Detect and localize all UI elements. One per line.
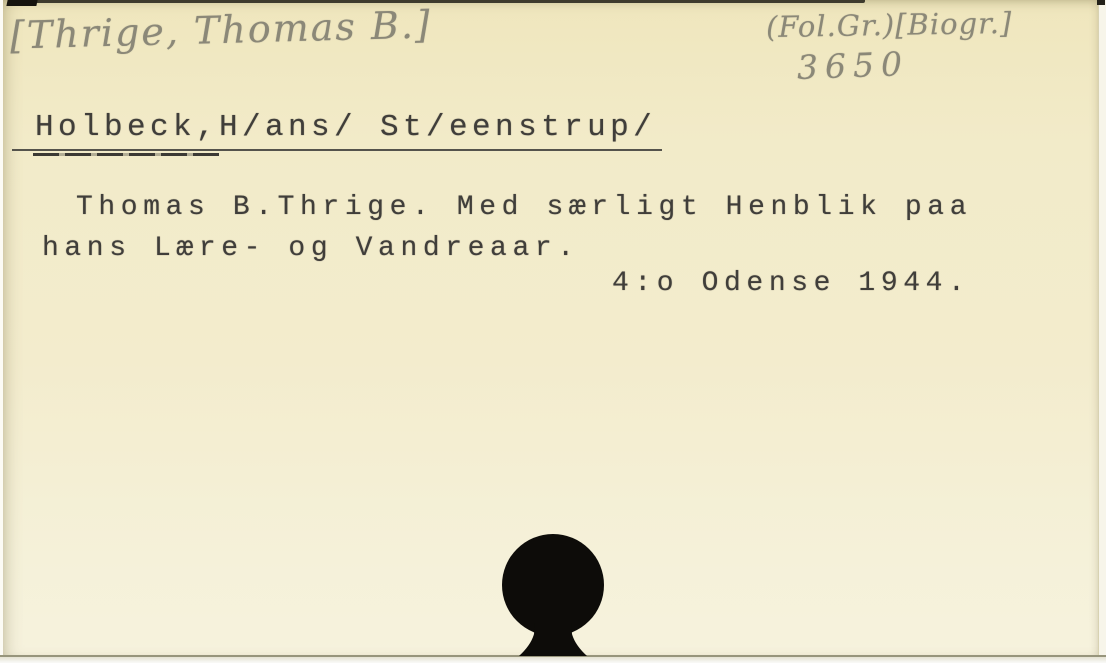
typed-title-line-1: Thomas B.Thrige. Med særligt Henblik paa: [76, 192, 972, 223]
typed-title-line-2: hans Lære- og Vandreaar.: [42, 233, 580, 264]
heading-underline: [12, 149, 662, 151]
typed-imprint: 4:o Odense 1944.: [612, 268, 970, 299]
typed-main-entry-heading: Holbeck,H/ans/ St/eenstrup/: [35, 110, 656, 145]
scan-artifact-top-left: [6, 0, 37, 6]
handwritten-shelf-number: 3650: [796, 44, 909, 87]
punch-hole: [493, 531, 613, 657]
scan-edge-left: [0, 0, 3, 663]
handwritten-format-classification: (Fol.Gr.)[Biogr.]: [766, 6, 1013, 44]
catalog-card-scan: { "card": { "type": "library-catalog-car…: [0, 0, 1106, 663]
scan-artifact-top-line: [30, 0, 865, 3]
scan-edge-right: [1098, 0, 1106, 663]
heading-underline-emphasis: [33, 153, 219, 156]
scan-artifact-top-right: [1097, 0, 1105, 5]
